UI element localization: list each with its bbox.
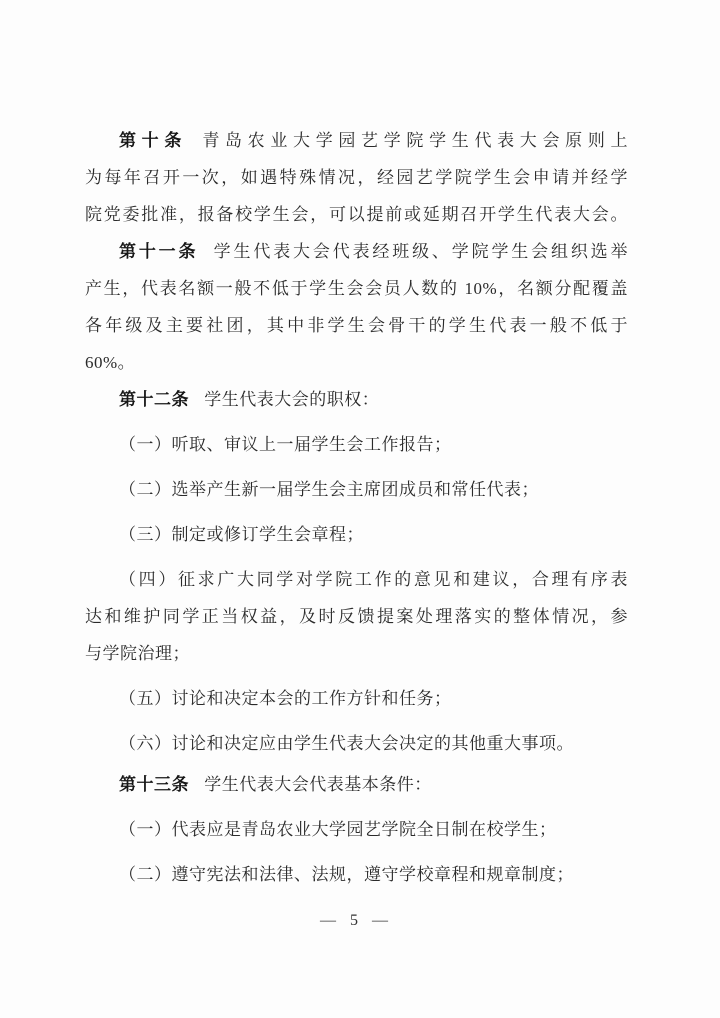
text-line: 第十一条学生代表大会代表经班级、学院学生会组织选举 [85, 233, 628, 270]
text-line: 60%。 [85, 344, 628, 381]
text-line: （五）讨论和决定本会的工作方针和任务； [85, 680, 628, 717]
article-11-number: 第十一条 [119, 242, 198, 261]
article-12-number: 第十二条 [119, 390, 189, 409]
article-13-text: 学生代表大会代表基本条件： [204, 775, 432, 794]
list-item-6: （六）讨论和决定应由学生代表大会决定的其他重大事项。 [85, 725, 628, 762]
list-item-2-art13: （二）遵守宪法和法律、法规，遵守学校章程和规章制度； [85, 856, 628, 893]
text-line: 产生，代表名额一般不低于学生会会员人数的 10%，名额分配覆盖 [85, 270, 628, 307]
article-10: 第十条青岛农业大学园艺学院学生代表大会原则上 为每年召开一次，如遇特殊情况，经园… [85, 122, 628, 233]
text-line: （三）制定或修订学生会章程； [85, 516, 628, 553]
article-13: 第十三条学生代表大会代表基本条件： [85, 766, 628, 803]
list-item-2: （二）选举产生新一届学生会主席团成员和常任代表； [85, 471, 628, 508]
document-body: 第十条青岛农业大学园艺学院学生代表大会原则上 为每年召开一次，如遇特殊情况，经园… [85, 122, 628, 893]
article-12: 第十二条学生代表大会的职权： [85, 381, 628, 418]
text-line: （一）代表应是青岛农业大学园艺学院全日制在校学生； [85, 811, 628, 848]
text-line: 与学院治理； [85, 635, 628, 672]
text-line: 为每年召开一次，如遇特殊情况，经园艺学院学生会申请并经学 [85, 159, 628, 196]
text-line: 达和维护同学正当权益，及时反馈提案处理落实的整体情况，参 [85, 598, 628, 635]
page-number: — 5 — [85, 906, 628, 936]
list-item-5: （五）讨论和决定本会的工作方针和任务； [85, 680, 628, 717]
article-13-number: 第十三条 [119, 775, 189, 794]
article-10-text: 青岛农业大学园艺学院学生代表大会原则上 [202, 131, 628, 150]
list-item-3: （三）制定或修订学生会章程； [85, 516, 628, 553]
list-item-1-art13: （一）代表应是青岛农业大学园艺学院全日制在校学生； [85, 811, 628, 848]
text-line: （二）选举产生新一届学生会主席团成员和常任代表； [85, 471, 628, 508]
text-line: 各年级及主要社团，其中非学生会骨干的学生代表一般不低于 [85, 307, 628, 344]
text-line: 第十三条学生代表大会代表基本条件： [85, 766, 628, 803]
text-line: 院党委批准，报备校学生会，可以提前或延期召开学生代表大会。 [85, 196, 628, 233]
article-10-number: 第十条 [119, 131, 187, 150]
text-line: （四）征求广大同学对学院工作的意见和建议，合理有序表 [85, 561, 628, 598]
article-11-text: 学生代表大会代表经班级、学院学生会组织选举 [214, 242, 628, 261]
list-item-1: （一）听取、审议上一届学生会工作报告； [85, 426, 628, 463]
text-line: 第十二条学生代表大会的职权： [85, 381, 628, 418]
article-11: 第十一条学生代表大会代表经班级、学院学生会组织选举 产生，代表名额一般不低于学生… [85, 233, 628, 381]
list-item-4: （四）征求广大同学对学院工作的意见和建议，合理有序表 达和维护同学正当权益，及时… [85, 561, 628, 672]
article-12-text: 学生代表大会的职权： [204, 390, 379, 409]
text-line: （六）讨论和决定应由学生代表大会决定的其他重大事项。 [85, 725, 628, 762]
document-page: 第十条青岛农业大学园艺学院学生代表大会原则上 为每年召开一次，如遇特殊情况，经园… [0, 0, 720, 1018]
text-line: （二）遵守宪法和法律、法规，遵守学校章程和规章制度； [85, 856, 628, 893]
text-line: 第十条青岛农业大学园艺学院学生代表大会原则上 [85, 122, 628, 159]
text-line: （一）听取、审议上一届学生会工作报告； [85, 426, 628, 463]
